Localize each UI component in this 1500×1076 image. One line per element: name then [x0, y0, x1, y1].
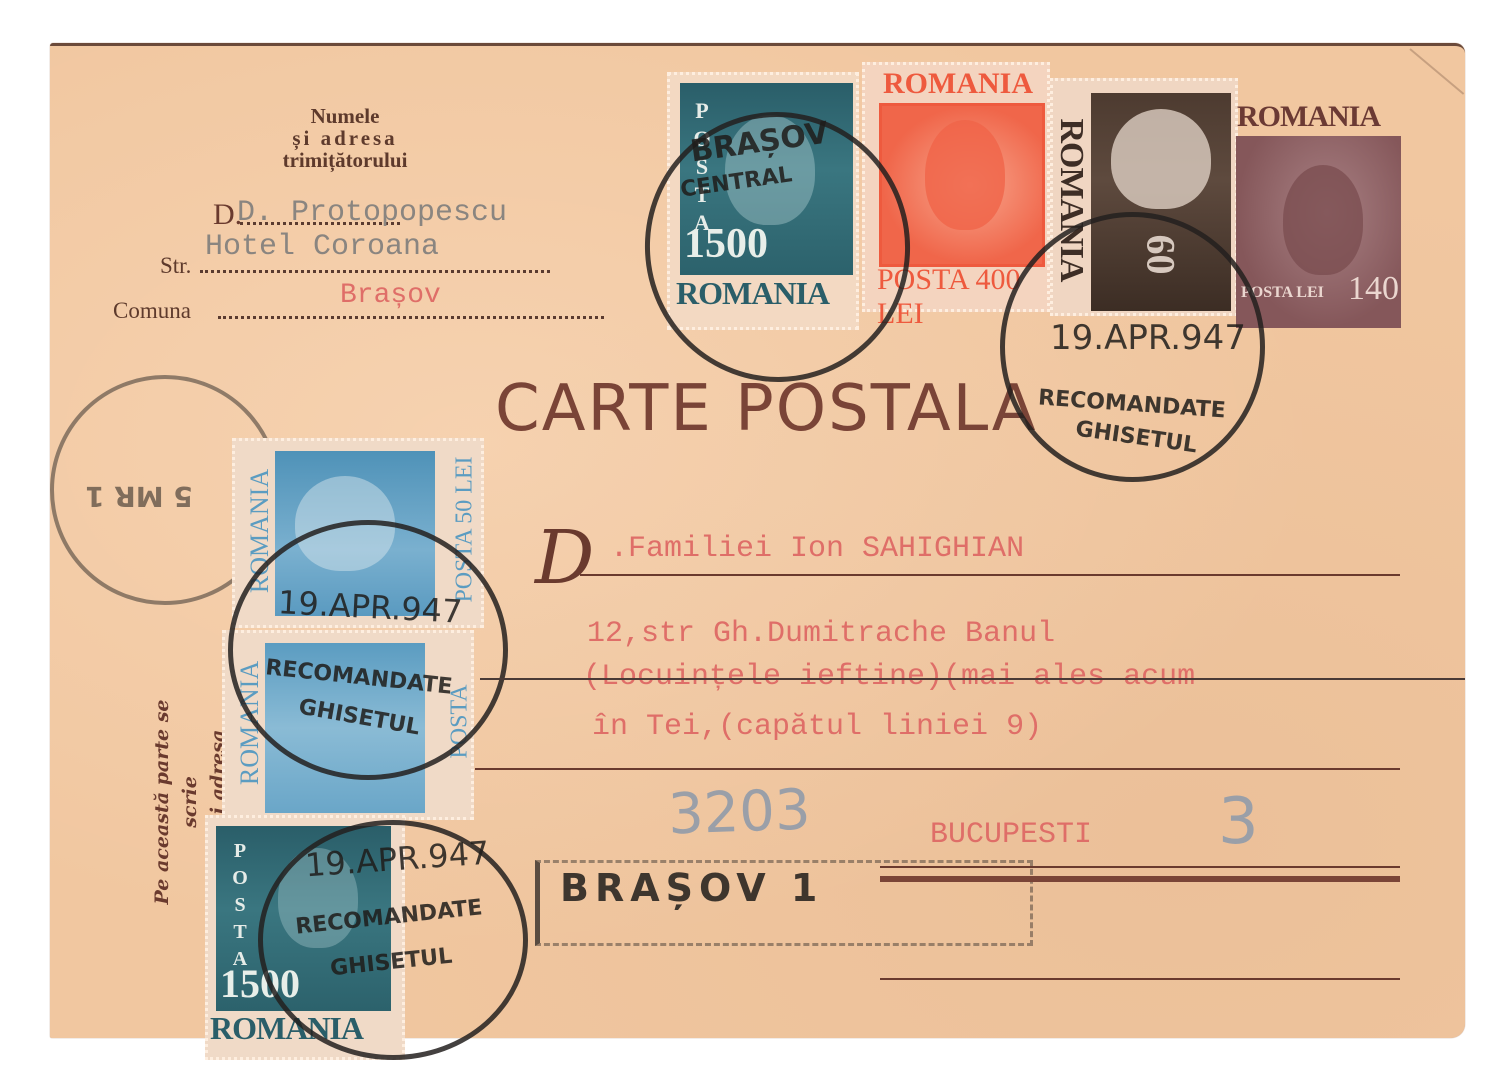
- pencil-digit: 3: [1218, 785, 1259, 859]
- card-title: CARTE POSTALA: [495, 372, 1038, 446]
- sender-street-dotline: [200, 270, 550, 273]
- stamp-2-country: ROMANIA: [883, 67, 1033, 101]
- postmark-brasov-left: [228, 520, 508, 780]
- stamp-4-country: ROMANIA: [1237, 100, 1380, 134]
- postmark-2-date: 19.APR.947: [1050, 318, 1246, 358]
- address-line-3b: [880, 876, 1400, 882]
- strikethrough-line: [480, 678, 1465, 680]
- sender-name: D. Protopopescu: [237, 196, 507, 230]
- recipient-salutation: D: [535, 515, 594, 601]
- address-line-2: [475, 768, 1400, 770]
- sender-label-line3: trimițătorului: [255, 149, 435, 171]
- sender-commune: Brașov: [340, 280, 441, 311]
- registration-label-text: BRAȘOV 1: [560, 866, 823, 910]
- recipient-city: BUCUPESTI: [930, 818, 1092, 852]
- sender-label: Numele și adresa trimițătorului: [255, 105, 435, 171]
- recipient-line4: în Tei,(capătul liniei 9): [592, 710, 1042, 744]
- sender-street-label: Str.: [160, 253, 191, 279]
- address-line-3a: [880, 866, 1400, 868]
- sender-commune-label: Comuna: [113, 298, 191, 324]
- sender-street: Hotel Coroana: [205, 230, 439, 264]
- stamp-7-label: POSTA: [230, 838, 250, 973]
- recipient-line2: 12,str Gh.Dumitrache Banul: [587, 617, 1055, 651]
- address-line-4: [880, 978, 1400, 980]
- sender-commune-dotline: [218, 316, 604, 319]
- address-line-1: [580, 574, 1400, 576]
- side-note-line1: Pe această parte se scrie: [148, 672, 204, 932]
- recipient-line1: .Familiei Ion SAHIGHIAN: [610, 532, 1024, 566]
- recipient-line3-struck: (Locuințele ieftine)(mai ales acum: [583, 660, 1195, 694]
- stamp-4-value: 140: [1348, 270, 1399, 308]
- sender-label-line1: Numele: [255, 105, 435, 127]
- postmark-arrival-date: 5 MR 1: [85, 480, 193, 513]
- imprinted-stamp-140-lei: ROMANIA POSTA LEI 140: [1233, 100, 1403, 332]
- sender-label-line2: și adresa: [255, 127, 435, 149]
- pencil-number: 3203: [667, 778, 812, 848]
